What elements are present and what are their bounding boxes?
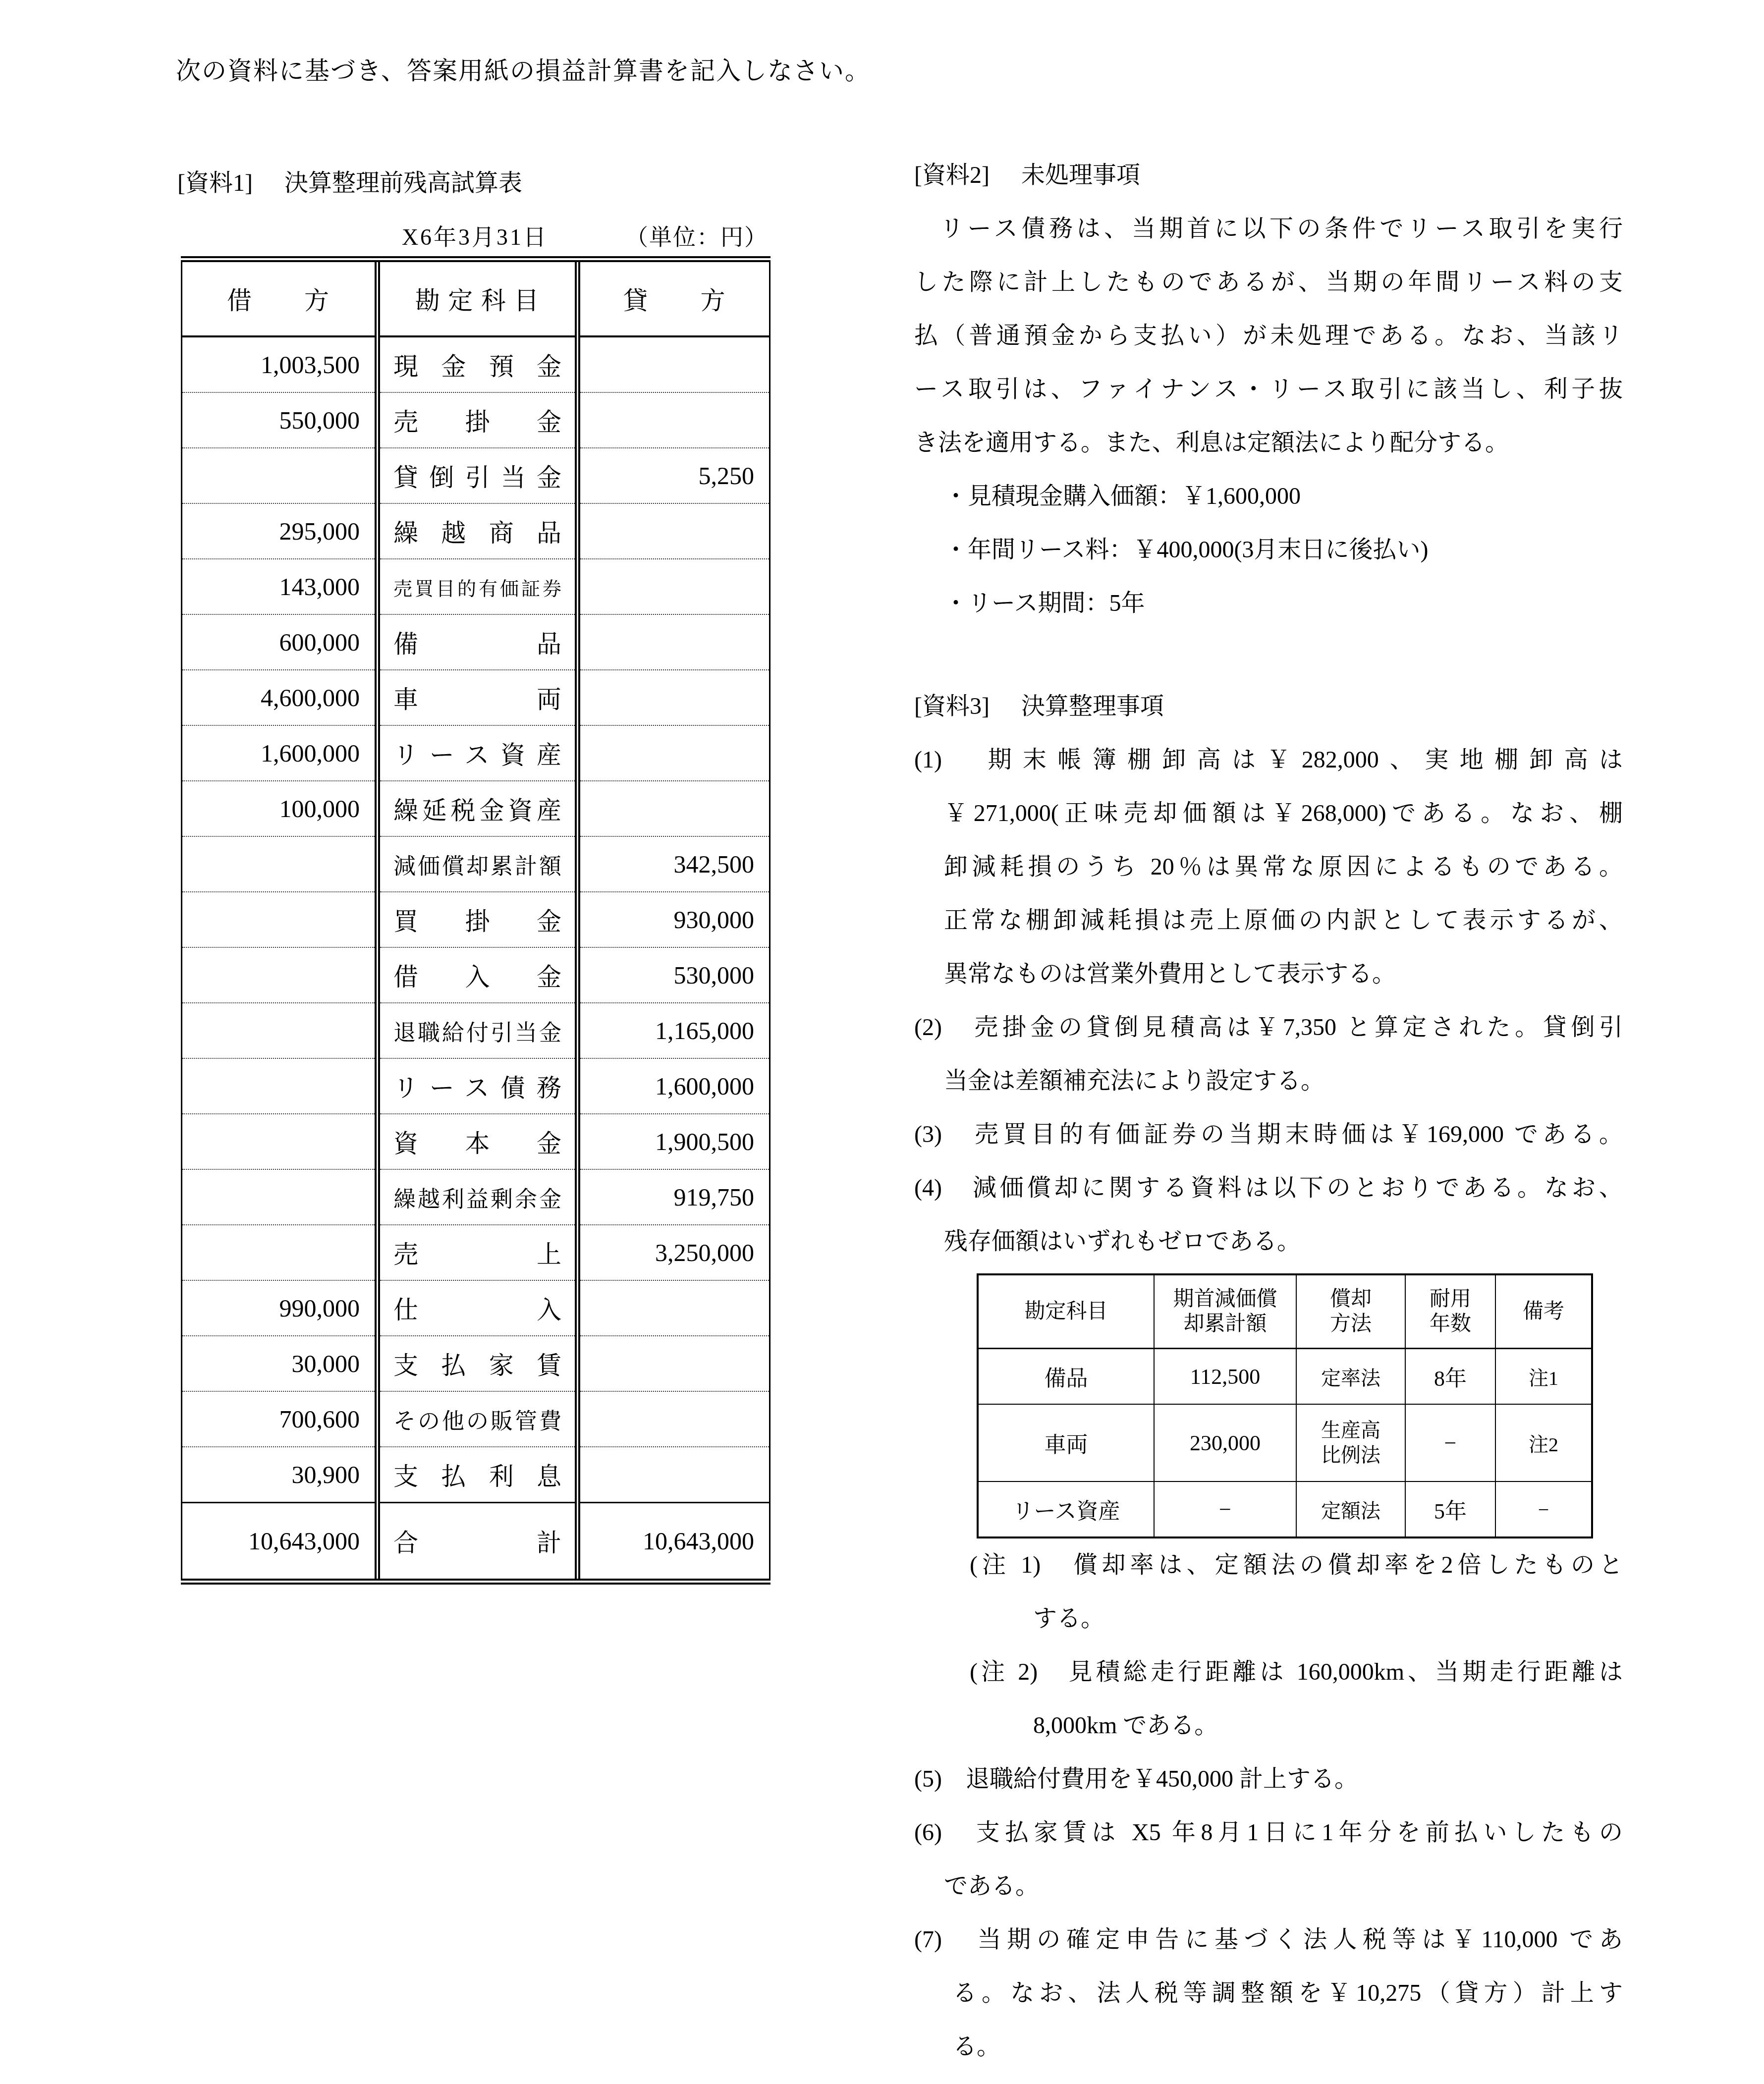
table-row: 30,900支払利息 xyxy=(182,1447,770,1503)
dep-account-header: 勘定科目 xyxy=(978,1274,1154,1349)
note-line: 8,000km である。 xyxy=(914,1699,1623,1753)
debit-amount xyxy=(182,1225,378,1280)
table-row: 資本金1,900,500 xyxy=(182,1114,770,1169)
dep-row: リース資産 − 定額法 5年 − xyxy=(978,1481,1592,1537)
account-name: 退職給付引当金 xyxy=(378,1003,578,1058)
table-header-row: 借 方 勘 定 科 目 貸 方 xyxy=(182,259,770,336)
credit-amount xyxy=(578,336,770,392)
note-line: (注 2) 見積総走行距離は 160,000km、当期走行距離は xyxy=(914,1645,1623,1699)
text-line: ース取引は、ファイナンス・リース取引に該当し、利子抜 xyxy=(914,363,1623,416)
text-line: (1) 期末帳簿棚卸高は￥282,000、実地棚卸高は xyxy=(914,733,1623,787)
shiryo1-heading: [資料1]決算整理前残高試算表 xyxy=(177,164,522,198)
account-name: 買掛金 xyxy=(378,892,578,947)
dep-note-header: 備考 xyxy=(1495,1274,1592,1349)
dep-header-row: 勘定科目 期首減価償却累計額 償却方法 耐用年数 備考 xyxy=(978,1274,1592,1349)
text-line: (6) 支払家賃は X5 年8月1日に1年分を前払いしたもの xyxy=(914,1806,1623,1860)
bullet-line: ・年間リース料：￥400,000(3月末日に後払い) xyxy=(914,523,1623,577)
dep-accum: 112,500 xyxy=(1154,1349,1296,1405)
credit-amount xyxy=(578,1280,770,1336)
table-row: 143,000売買目的有価証券 xyxy=(182,559,770,614)
debit-amount: 600,000 xyxy=(182,614,378,670)
debit-amount: 1,003,500 xyxy=(182,336,378,392)
credit-amount xyxy=(578,392,770,448)
debit-amount: 295,000 xyxy=(182,503,378,559)
debit-amount: 30,900 xyxy=(182,1447,378,1503)
account-name: 減価償却累計額 xyxy=(378,836,578,892)
debit-amount xyxy=(182,1003,378,1058)
account-name: 借入金 xyxy=(378,947,578,1003)
table-row: 売上3,250,000 xyxy=(182,1225,770,1280)
instruction-text: 次の資料に基づき、答案用紙の損益計算書を記入しなさい。 xyxy=(176,55,871,86)
note-line: (注 1) 償却率は、定額法の償却率を2倍したものと xyxy=(914,1538,1623,1592)
debit-amount: 700,600 xyxy=(182,1391,378,1447)
account-name: 支払家賃 xyxy=(378,1336,578,1391)
credit-amount xyxy=(578,725,770,781)
text-line: き法を適用する。また、利息は定額法により配分する。 xyxy=(914,416,1623,470)
text-line: リース債務は、当期首に以下の条件でリース取引を実行 xyxy=(914,202,1623,256)
table-row: 1,600,000リース資産 xyxy=(182,725,770,781)
dep-accum-header: 期首減価償却累計額 xyxy=(1154,1274,1296,1349)
credit-amount: 1,165,000 xyxy=(578,1003,770,1058)
dep-life: 5年 xyxy=(1405,1481,1495,1537)
total-label: 合計 xyxy=(378,1503,578,1582)
account-name: 現金預金 xyxy=(378,336,578,392)
bullet-line: ・リース期間：5年 xyxy=(914,577,1623,630)
table-row: 減価償却累計額342,500 xyxy=(182,836,770,892)
credit-total: 10,643,000 xyxy=(578,1503,770,1582)
trial-balance-date-line: X6年3月31日 （単位：円） xyxy=(181,219,769,249)
shiryo1-label: [資料1] xyxy=(177,170,253,196)
dep-life: 8年 xyxy=(1405,1349,1495,1405)
dep-life: − xyxy=(1405,1404,1495,1481)
shiryo3-heading: [資料3]決算整理事項 xyxy=(914,680,1623,733)
dep-account: リース資産 xyxy=(978,1481,1154,1537)
text-line: した際に計上したものであるが、当期の年間リース料の支 xyxy=(914,256,1623,309)
dep-account: 車両 xyxy=(978,1404,1154,1481)
shiryo2-heading: [資料2]未処理事項 xyxy=(914,149,1623,202)
account-name: 売掛金 xyxy=(378,392,578,448)
unit-label: （単位：円） xyxy=(625,219,768,252)
credit-amount: 919,750 xyxy=(578,1169,770,1225)
account-name: 貸倒引当金 xyxy=(378,448,578,503)
text-line: 異常なものは営業外費用として表示する。 xyxy=(914,947,1623,1001)
text-line: る。なお、法人税等調整額を￥10,275（貸方）計上す xyxy=(914,1967,1623,2020)
debit-total: 10,643,000 xyxy=(182,1503,378,1582)
credit-amount: 342,500 xyxy=(578,836,770,892)
account-name: 繰延税金資産 xyxy=(378,781,578,836)
credit-amount: 930,000 xyxy=(578,892,770,947)
dep-method: 定額法 xyxy=(1296,1481,1405,1537)
account-name: 売買目的有価証券 xyxy=(378,559,578,614)
dep-account: 備品 xyxy=(978,1349,1154,1405)
account-name: 繰越商品 xyxy=(378,503,578,559)
shiryo1-title: 決算整理前残高試算表 xyxy=(284,170,522,196)
right-column: [資料2]未処理事項 リース債務は、当期首に以下の条件でリース取引を実行 した際… xyxy=(914,149,1623,2074)
debit-amount xyxy=(182,1058,378,1114)
table-row: 借入金530,000 xyxy=(182,947,770,1003)
dep-accum: − xyxy=(1154,1481,1296,1537)
table-row: 4,600,000車両 xyxy=(182,670,770,725)
table-row: 295,000繰越商品 xyxy=(182,503,770,559)
shiryo3-label: [資料3] xyxy=(914,693,990,719)
debit-amount: 4,600,000 xyxy=(182,670,378,725)
account-name: リース資産 xyxy=(378,725,578,781)
trial-balance-table: 借 方 勘 定 科 目 貸 方 1,003,500現金預金 550,000売掛金… xyxy=(181,256,771,1585)
credit-amount: 530,000 xyxy=(578,947,770,1003)
debit-amount xyxy=(182,1114,378,1169)
credit-amount: 5,250 xyxy=(578,448,770,503)
table-total-row: 10,643,000 合計 10,643,000 xyxy=(182,1503,770,1582)
text-line: (7) 当期の確定申告に基づく法人税等は￥110,000 であ xyxy=(914,1913,1623,1967)
credit-amount: 1,900,500 xyxy=(578,1114,770,1169)
text-line: (2) 売掛金の貸倒見積高は￥7,350 と算定された。貸倒引 xyxy=(914,1001,1623,1054)
dep-life-header: 耐用年数 xyxy=(1405,1274,1495,1349)
table-row: 600,000備品 xyxy=(182,614,770,670)
credit-header: 貸 方 xyxy=(578,259,770,336)
credit-amount: 1,600,000 xyxy=(578,1058,770,1114)
debit-header: 借 方 xyxy=(182,259,378,336)
debit-amount: 990,000 xyxy=(182,1280,378,1336)
text-line: る。 xyxy=(914,2020,1623,2074)
debit-amount: 143,000 xyxy=(182,559,378,614)
debit-amount: 1,600,000 xyxy=(182,725,378,781)
credit-amount xyxy=(578,503,770,559)
credit-amount xyxy=(578,670,770,725)
credit-amount xyxy=(578,1336,770,1391)
text-line: (4) 減価償却に関する資料は以下のとおりである。なお、 xyxy=(914,1161,1623,1215)
account-name: 備品 xyxy=(378,614,578,670)
text-line: 払（普通預金から支払い）が未処理である。なお、当該リ xyxy=(914,309,1623,363)
account-name: 支払利息 xyxy=(378,1447,578,1503)
shiryo2-title: 未処理事項 xyxy=(1021,162,1140,188)
dep-row: 車両 230,000 生産高比例法 − 注2 xyxy=(978,1404,1592,1481)
account-name: 車両 xyxy=(378,670,578,725)
account-name: 繰越利益剰余金 xyxy=(378,1169,578,1225)
table-row: 550,000売掛金 xyxy=(182,392,770,448)
text-line: (3) 売買目的有価証券の当期末時価は￥169,000 である。 xyxy=(914,1108,1623,1161)
table-row: 繰越利益剰余金919,750 xyxy=(182,1169,770,1225)
dep-note: 注2 xyxy=(1495,1404,1592,1481)
account-header: 勘 定 科 目 xyxy=(378,259,578,336)
debit-amount: 100,000 xyxy=(182,781,378,836)
dep-note: 注1 xyxy=(1495,1349,1592,1405)
debit-amount xyxy=(182,1169,378,1225)
dep-accum: 230,000 xyxy=(1154,1404,1296,1481)
account-name: リース債務 xyxy=(378,1058,578,1114)
credit-amount: 3,250,000 xyxy=(578,1225,770,1280)
debit-amount xyxy=(182,836,378,892)
debit-amount: 550,000 xyxy=(182,392,378,448)
credit-amount xyxy=(578,559,770,614)
debit-amount xyxy=(182,947,378,1003)
text-line: 卸減耗損のうち 20％は異常な原因によるものである。 xyxy=(914,840,1623,894)
table-row: 990,000仕入 xyxy=(182,1280,770,1336)
dep-row: 備品 112,500 定率法 8年 注1 xyxy=(978,1349,1592,1405)
dep-note: − xyxy=(1495,1481,1592,1537)
dep-method: 定率法 xyxy=(1296,1349,1405,1405)
text-line: 残存価額はいずれもゼロである。 xyxy=(914,1215,1623,1268)
table-row: 退職給付引当金1,165,000 xyxy=(182,1003,770,1058)
text-line: (5) 退職給付費用を￥450,000 計上する。 xyxy=(914,1753,1623,1806)
text-line: 正常な棚卸減耗損は売上原価の内訳として表示するが、 xyxy=(914,894,1623,947)
credit-amount xyxy=(578,1447,770,1503)
debit-amount xyxy=(182,448,378,503)
exam-document-page: 次の資料に基づき、答案用紙の損益計算書を記入しなさい。 [資料1]決算整理前残高… xyxy=(0,0,1764,2084)
depreciation-table: 勘定科目 期首減価償却累計額 償却方法 耐用年数 備考 備品 112,500 定… xyxy=(977,1273,1593,1538)
account-name: 売上 xyxy=(378,1225,578,1280)
text-line: ￥271,000(正味売却価額は￥268,000)である。なお、棚 xyxy=(914,787,1623,840)
text-line: 当金は差額補充法により設定する。 xyxy=(914,1054,1623,1108)
credit-amount xyxy=(578,614,770,670)
table-row: 100,000繰延税金資産 xyxy=(182,781,770,836)
text-line: である。 xyxy=(914,1860,1623,1913)
shiryo2-label: [資料2] xyxy=(914,162,990,188)
shiryo3-title: 決算整理事項 xyxy=(1021,693,1164,719)
account-name: 資本金 xyxy=(378,1114,578,1169)
debit-amount xyxy=(182,892,378,947)
credit-amount xyxy=(578,781,770,836)
note-line: する。 xyxy=(914,1592,1623,1645)
table-row: 30,000支払家賃 xyxy=(182,1336,770,1391)
dep-method: 生産高比例法 xyxy=(1296,1404,1405,1481)
credit-amount xyxy=(578,1391,770,1447)
account-name: 仕入 xyxy=(378,1280,578,1336)
dep-method-header: 償却方法 xyxy=(1296,1274,1405,1349)
debit-amount: 30,000 xyxy=(182,1336,378,1391)
account-name: その他の販管費 xyxy=(378,1391,578,1447)
table-row: リース債務1,600,000 xyxy=(182,1058,770,1114)
table-row: 700,600その他の販管費 xyxy=(182,1391,770,1447)
bullet-line: ・見積現金購入価額：￥1,600,000 xyxy=(914,470,1623,523)
table-row: 1,003,500現金預金 xyxy=(182,336,770,392)
table-row: 買掛金930,000 xyxy=(182,892,770,947)
table-row: 貸倒引当金5,250 xyxy=(182,448,770,503)
